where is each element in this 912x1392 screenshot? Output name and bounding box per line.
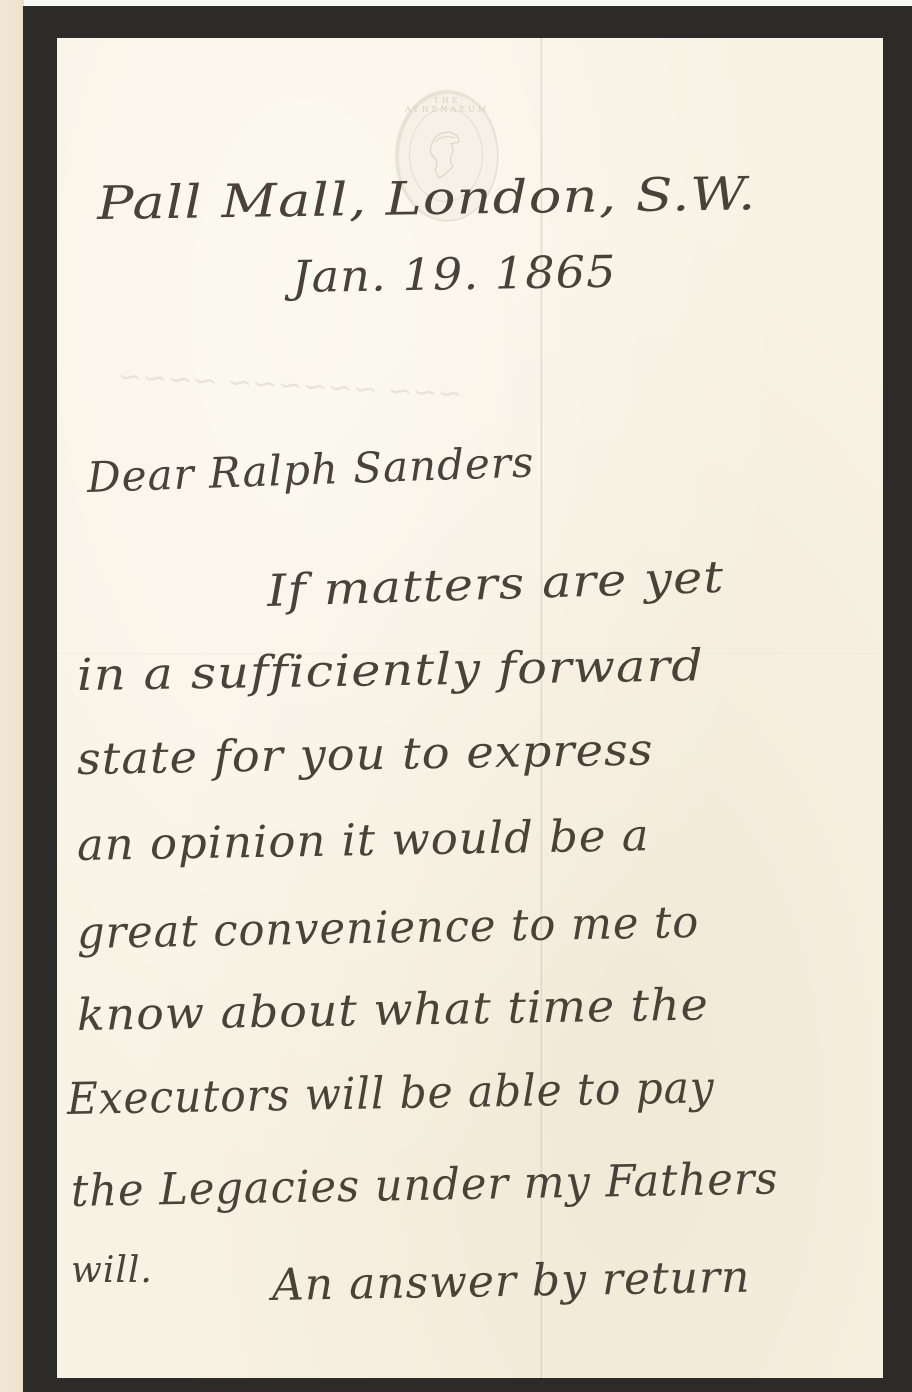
letter-sheet: ~~~ ~~~~~~ ~~~~ THE ATHENAEUM Pall Mall,…	[57, 38, 883, 1378]
letter-line-4: an opinion it would be a	[77, 810, 650, 871]
adjacent-page-strip	[0, 0, 24, 1392]
letter-line-3: state for you to express	[77, 724, 654, 785]
letter-salutation: Dear Ralph Sanders	[86, 437, 535, 502]
letter-line-10: An answer by return	[272, 1252, 751, 1311]
letter-line-9: will.	[71, 1250, 153, 1291]
letter-date: Jan. 19. 1865	[292, 247, 617, 303]
letter-line-2: in a sufficiently forward	[77, 640, 705, 701]
letter-line-6: know about what time the	[77, 979, 710, 1041]
letter-address: Pall Mall, London, S.W.	[96, 166, 756, 230]
ink-show-through: ~~~ ~~~~~~ ~~~~	[116, 359, 463, 412]
emboss-text: THE ATHENAEUM	[397, 96, 497, 114]
letter-line-1: If matters are yet	[266, 552, 725, 617]
letter-line-5: great convenience to me to	[77, 897, 700, 959]
letter-line-8: the Legacies under my Fathers	[71, 1153, 779, 1217]
letter-line-7: Executors will be able to pay	[67, 1062, 715, 1125]
